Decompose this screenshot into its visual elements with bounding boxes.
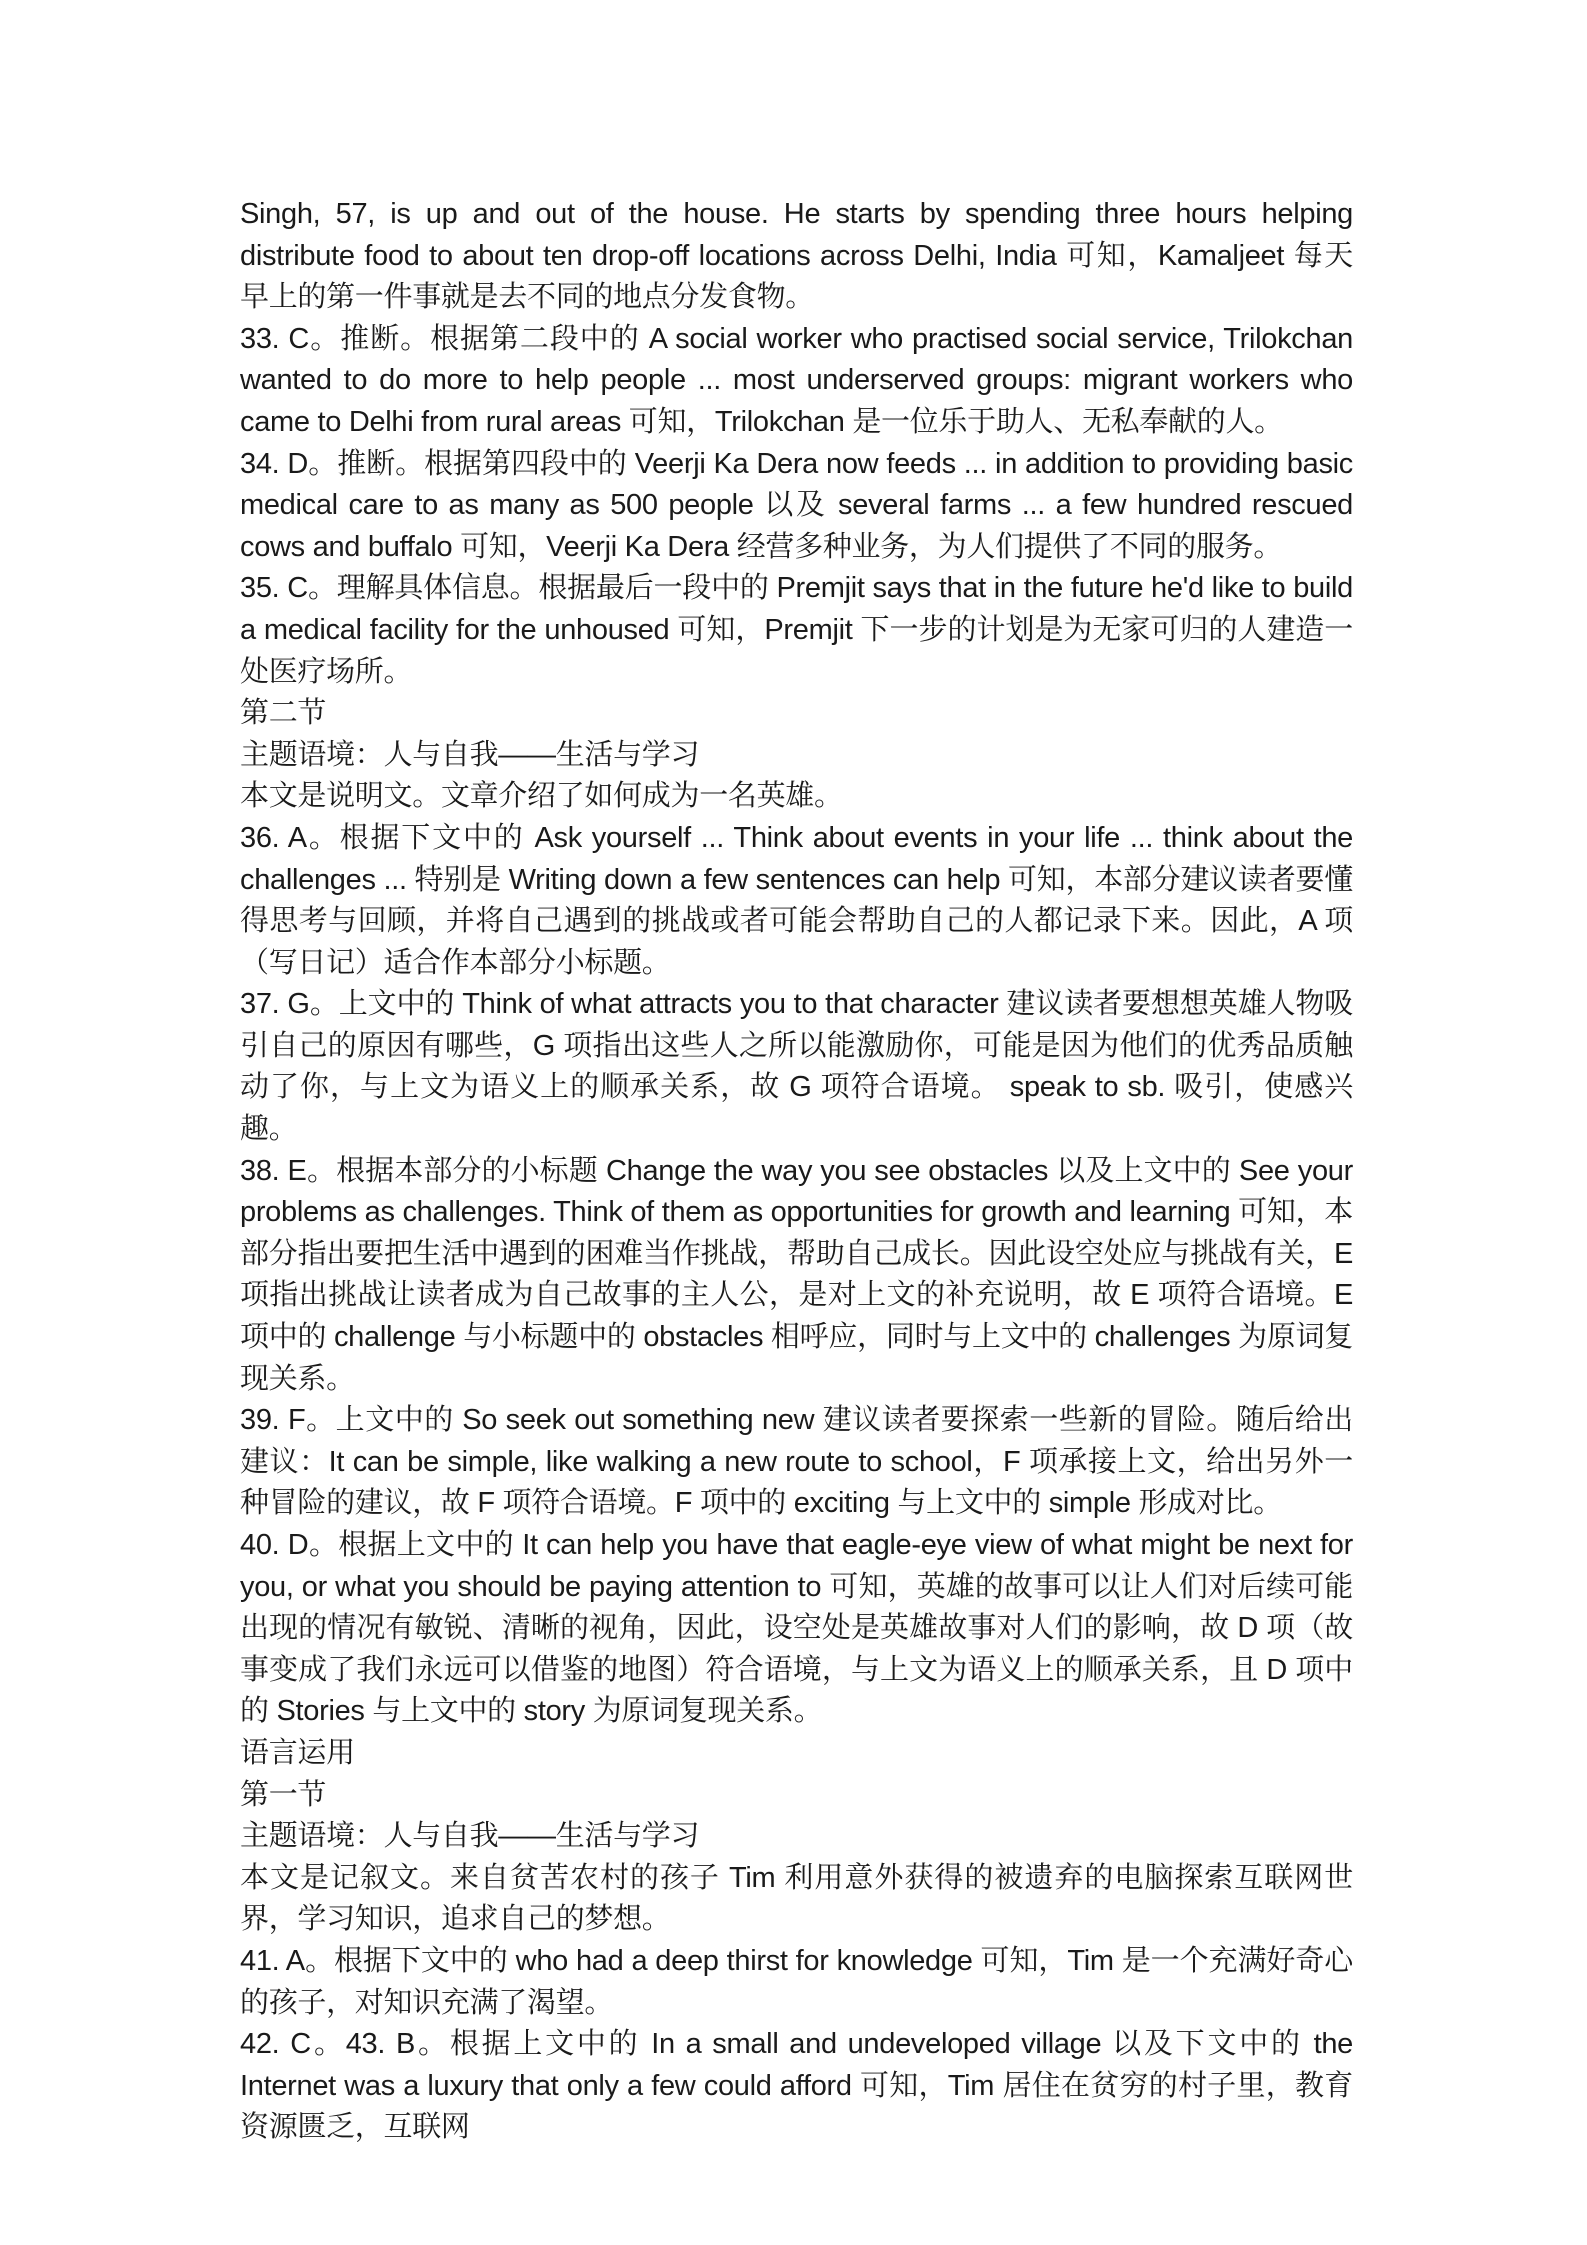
document-body: Singh, 57, is up and out of the house. H… [240,194,1353,2149]
paragraph-summary-line: 本文是说明文。文章介绍了如何成为一名英雄。 [240,776,1353,818]
paragraph-summary-line: 本文是记叙文。来自贫苦农村的孩子 Tim 利用意外获得的被遗弃的电脑探索互联网世… [240,1858,1353,1941]
paragraph-theme-line: 主题语境：人与自我——生活与学习 [240,1816,1353,1858]
paragraph-answer-explanation: 36. A。根据下文中的 Ask yourself ... Think abou… [240,818,1353,984]
paragraph-answer-explanation: 40. D。根据上文中的 It can help you have that e… [240,1525,1353,1733]
paragraph-section-heading: 语言运用 [240,1733,1353,1775]
paragraph-theme-line: 主题语境：人与自我——生活与学习 [240,735,1353,777]
paragraph-answer-explanation: 41. A。根据下文中的 who had a deep thirst for k… [240,1941,1353,2024]
paragraph-answer-explanation: 39. F。上文中的 So seek out something new 建议读… [240,1400,1353,1525]
paragraph-section-heading: 第一节 [240,1775,1353,1817]
paragraph-body-continuation: Singh, 57, is up and out of the house. H… [240,194,1353,319]
paragraph-answer-explanation: 37. G。上文中的 Think of what attracts you to… [240,984,1353,1150]
document-page: Singh, 57, is up and out of the house. H… [0,0,1587,2245]
paragraph-answer-explanation: 34. D。推断。根据第四段中的 Veerji Ka Dera now feed… [240,444,1353,569]
paragraph-answer-explanation: 42. C。43. B。根据上文中的 In a small and undeve… [240,2024,1353,2149]
paragraph-answer-explanation: 38. E。根据本部分的小标题 Change the way you see o… [240,1151,1353,1401]
paragraph-answer-explanation: 35. C。理解具体信息。根据最后一段中的 Premjit says that … [240,568,1353,693]
paragraph-answer-explanation: 33. C。推断。根据第二段中的 A social worker who pra… [240,319,1353,444]
paragraph-section-heading: 第二节 [240,693,1353,735]
